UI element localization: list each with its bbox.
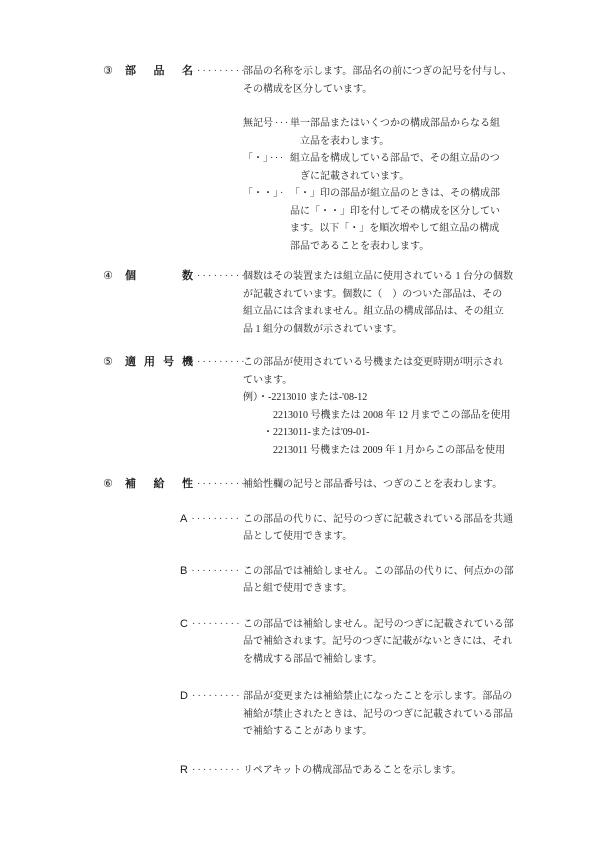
leader-dots: ········· [197, 62, 247, 80]
leader-dots: ··· [275, 117, 290, 128]
leader-dots: ········· [192, 687, 242, 705]
supply-code-letter: D [180, 690, 188, 702]
leader-dots: ········· [197, 475, 247, 493]
supply-code-letter: R [180, 764, 188, 776]
supply-code-text: この部品の代りに、記号のつぎに記載されている部品を共通 品として使用できます。 [243, 511, 525, 546]
supply-code-label: B········· [180, 563, 241, 581]
section-body: 補給性欄の記号と部品番号は、つぎのことを表わします。 [243, 476, 525, 494]
section-body: 個数はその装置または組立品に使用されている 1 台分の個数 が記載されています。… [243, 268, 525, 338]
supply-code-label: D········· [180, 688, 242, 706]
section-heading: ⑤適用号機········· [103, 354, 243, 372]
section-supply-availability: ⑥補給性········· 補給性欄の記号と部品番号は、つぎのことを表わします。 [103, 476, 525, 494]
supply-code-row-b: B········· この部品では補給しません。この部品の代りに、何点かの部 品… [103, 563, 525, 598]
leader-dots: ········· [191, 510, 241, 528]
section-heading: ⑥補給性········· [103, 476, 243, 494]
supply-code-letter: A [180, 513, 187, 525]
supply-code-letter: C [180, 618, 188, 630]
supply-code-text: リペアキットの構成部品であることを示します。 [243, 762, 525, 780]
definition-label: 「・」··· [243, 150, 285, 168]
supply-code-label: C········· [180, 616, 242, 634]
supply-code-text: この部品では補給しません。記号のつぎに記載されている部 品で補給されます。記号の… [243, 616, 525, 669]
section-number: ⑥ [103, 476, 125, 494]
supply-code-label: A········· [180, 511, 241, 529]
leader-dots: ········· [191, 562, 241, 580]
definition-term: 「・」 [243, 153, 268, 164]
definition-row-single-dot: 「・」··· 組立品を構成している部品で、その組立品のつ ぎに記載されています。 [243, 150, 525, 185]
section-part-name: ③部品名········· 部品の名称を示します。部品名の前につぎの記号を付与し… [103, 63, 525, 255]
leader-dots: ········· [197, 267, 247, 285]
document-page: ③部品名········· 部品の名称を示します。部品名の前につぎの記号を付与し… [0, 0, 595, 842]
supply-code-text: この部品では補給しません。この部品の代りに、何点かの部 品と組で使用できます。 [243, 563, 525, 598]
supply-code-row-d: D········· 部品が変更または補給禁止になったことを示します。部品の 補… [103, 688, 525, 741]
section-body: 部品の名称を示します。部品名の前につぎの記号を付与し、 その構成を区分しています… [243, 63, 525, 98]
section-heading: ③部品名········· [103, 63, 243, 81]
supply-code-row-c: C········· この部品では補給しません。記号のつぎに記載されている部 品… [103, 616, 525, 669]
section-number: ⑤ [103, 354, 125, 372]
supply-code-label: R········· [180, 762, 242, 780]
leader-dots: ··· [270, 152, 285, 163]
supply-code-row-a: A········· この部品の代りに、記号のつぎに記載されている部品を共通 品… [103, 511, 525, 546]
definition-text: 単一部品またはいくつかの構成部品からなる組 立品を表わします。 [290, 115, 525, 150]
section-title: 個数 [125, 268, 193, 286]
leader-dots: ········· [192, 615, 242, 633]
section-body: この部品が使用されている号機または変更時期が明示され ています。 例）・-221… [243, 354, 525, 459]
section-applicable-serial: ⑤適用号機········· この部品が使用されている号機または変更時期が明示さ… [103, 354, 525, 459]
section-title: 補給性 [125, 476, 193, 494]
supply-code-row-r: R········· リペアキットの構成部品であることを示します。 [103, 762, 525, 780]
leader-dots: ········· [197, 353, 247, 371]
definition-text: 「・」印の部品が組立品のときは、その構成部 品に「・・」印を付してその構成を区分… [290, 185, 525, 255]
section-number: ④ [103, 268, 125, 286]
leader-dots: · [280, 187, 285, 198]
definition-row-no-mark: 無記号··· 単一部品またはいくつかの構成部品からなる組 立品を表わします。 [243, 115, 525, 150]
definition-term: 無記号 [243, 118, 273, 129]
supply-code-text: 部品が変更または補給禁止になったことを示します。部品の 補給が禁止されたときは、… [243, 688, 525, 741]
supply-code-letter: B [180, 565, 187, 577]
leader-dots: ········· [192, 761, 242, 779]
section-title: 適用号機 [125, 354, 193, 372]
definition-label: 無記号··· [243, 115, 290, 133]
section-title: 部品名 [125, 63, 193, 81]
symbol-definition-list: 無記号··· 単一部品またはいくつかの構成部品からなる組 立品を表わします。 「… [243, 115, 525, 255]
definition-row-double-dot: 「・・」· 「・」印の部品が組立品のときは、その構成部 品に「・・」印を付してそ… [243, 185, 525, 255]
section-heading: ④個数········· [103, 268, 243, 286]
definition-label: 「・・」· [243, 185, 285, 203]
section-quantity: ④個数········· 個数はその装置または組立品に使用されている 1 台分の… [103, 268, 525, 338]
definition-text: 組立品を構成している部品で、その組立品のつ ぎに記載されています。 [290, 150, 525, 185]
definition-term: 「・・」 [243, 188, 278, 199]
section-number: ③ [103, 63, 125, 81]
